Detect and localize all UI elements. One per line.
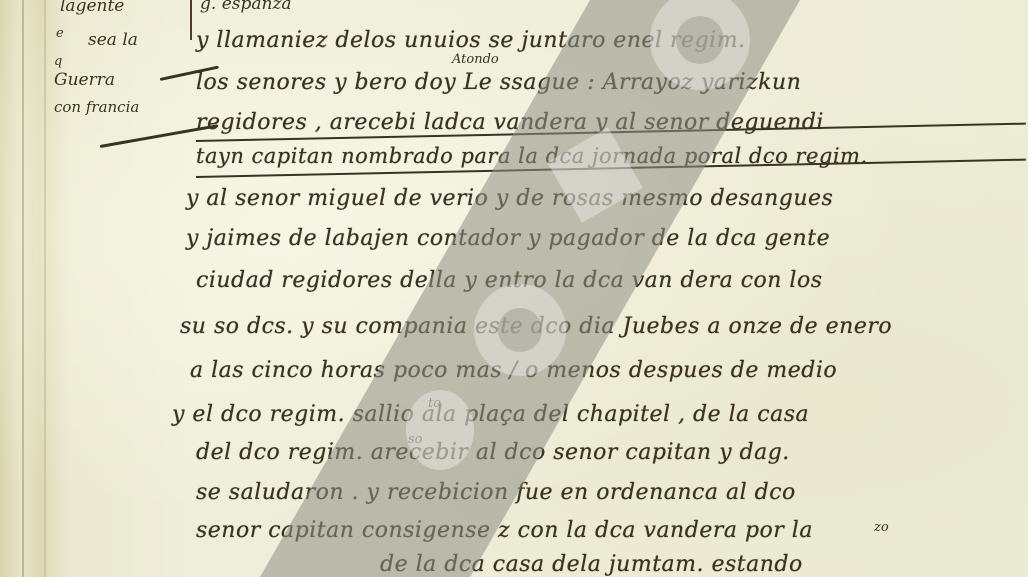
- margin-divider: [190, 0, 192, 40]
- manuscript-line: a las cinco horas poco mas / o menos des…: [190, 358, 837, 383]
- interlinear-insertion: zo: [874, 520, 889, 535]
- manuscript-line: senor capitan consigense z con la dca va…: [196, 518, 813, 543]
- manuscript-line: y al senor miguel de verio y de rosas me…: [186, 186, 833, 211]
- margin-note: lagente: [60, 0, 124, 16]
- manuscript-line: su so dcs. y su compania este dco dia Ju…: [180, 314, 892, 339]
- manuscript-line: regidores , arecebi ladca vandera y al s…: [196, 110, 824, 135]
- interlinear-insertion: Atondo: [452, 52, 499, 67]
- margin-note: e: [56, 26, 64, 41]
- manuscript-page: lagente e sea la q Guerra con francia g.…: [0, 0, 1028, 577]
- manuscript-line: se saludaron . y recebicion fue en orden…: [196, 480, 796, 505]
- manuscript-line: y el dco regim. sallio ala plaça del cha…: [172, 402, 809, 427]
- binding-crease: [44, 0, 46, 577]
- manuscript-line: del dco regim. arecebir al dco senor cap…: [196, 440, 790, 465]
- margin-note: q: [54, 54, 62, 69]
- margin-note: con francia: [54, 98, 139, 116]
- margin-note: sea la: [88, 30, 138, 50]
- binding-crease: [22, 0, 24, 577]
- margin-note: Guerra: [54, 70, 115, 90]
- header-fragment: g. espanza: [200, 0, 292, 14]
- manuscript-line: y jaimes de labajen contador y pagador d…: [186, 226, 830, 251]
- manuscript-line: y llamaniez delos unuios se juntaro enel…: [196, 28, 746, 53]
- manuscript-line: los senores y bero doy Le ssague : Array…: [196, 70, 801, 95]
- manuscript-line: ciudad regidores della y entro la dca va…: [196, 268, 823, 293]
- manuscript-line: de la dca casa dela jumtam. estando: [380, 552, 803, 577]
